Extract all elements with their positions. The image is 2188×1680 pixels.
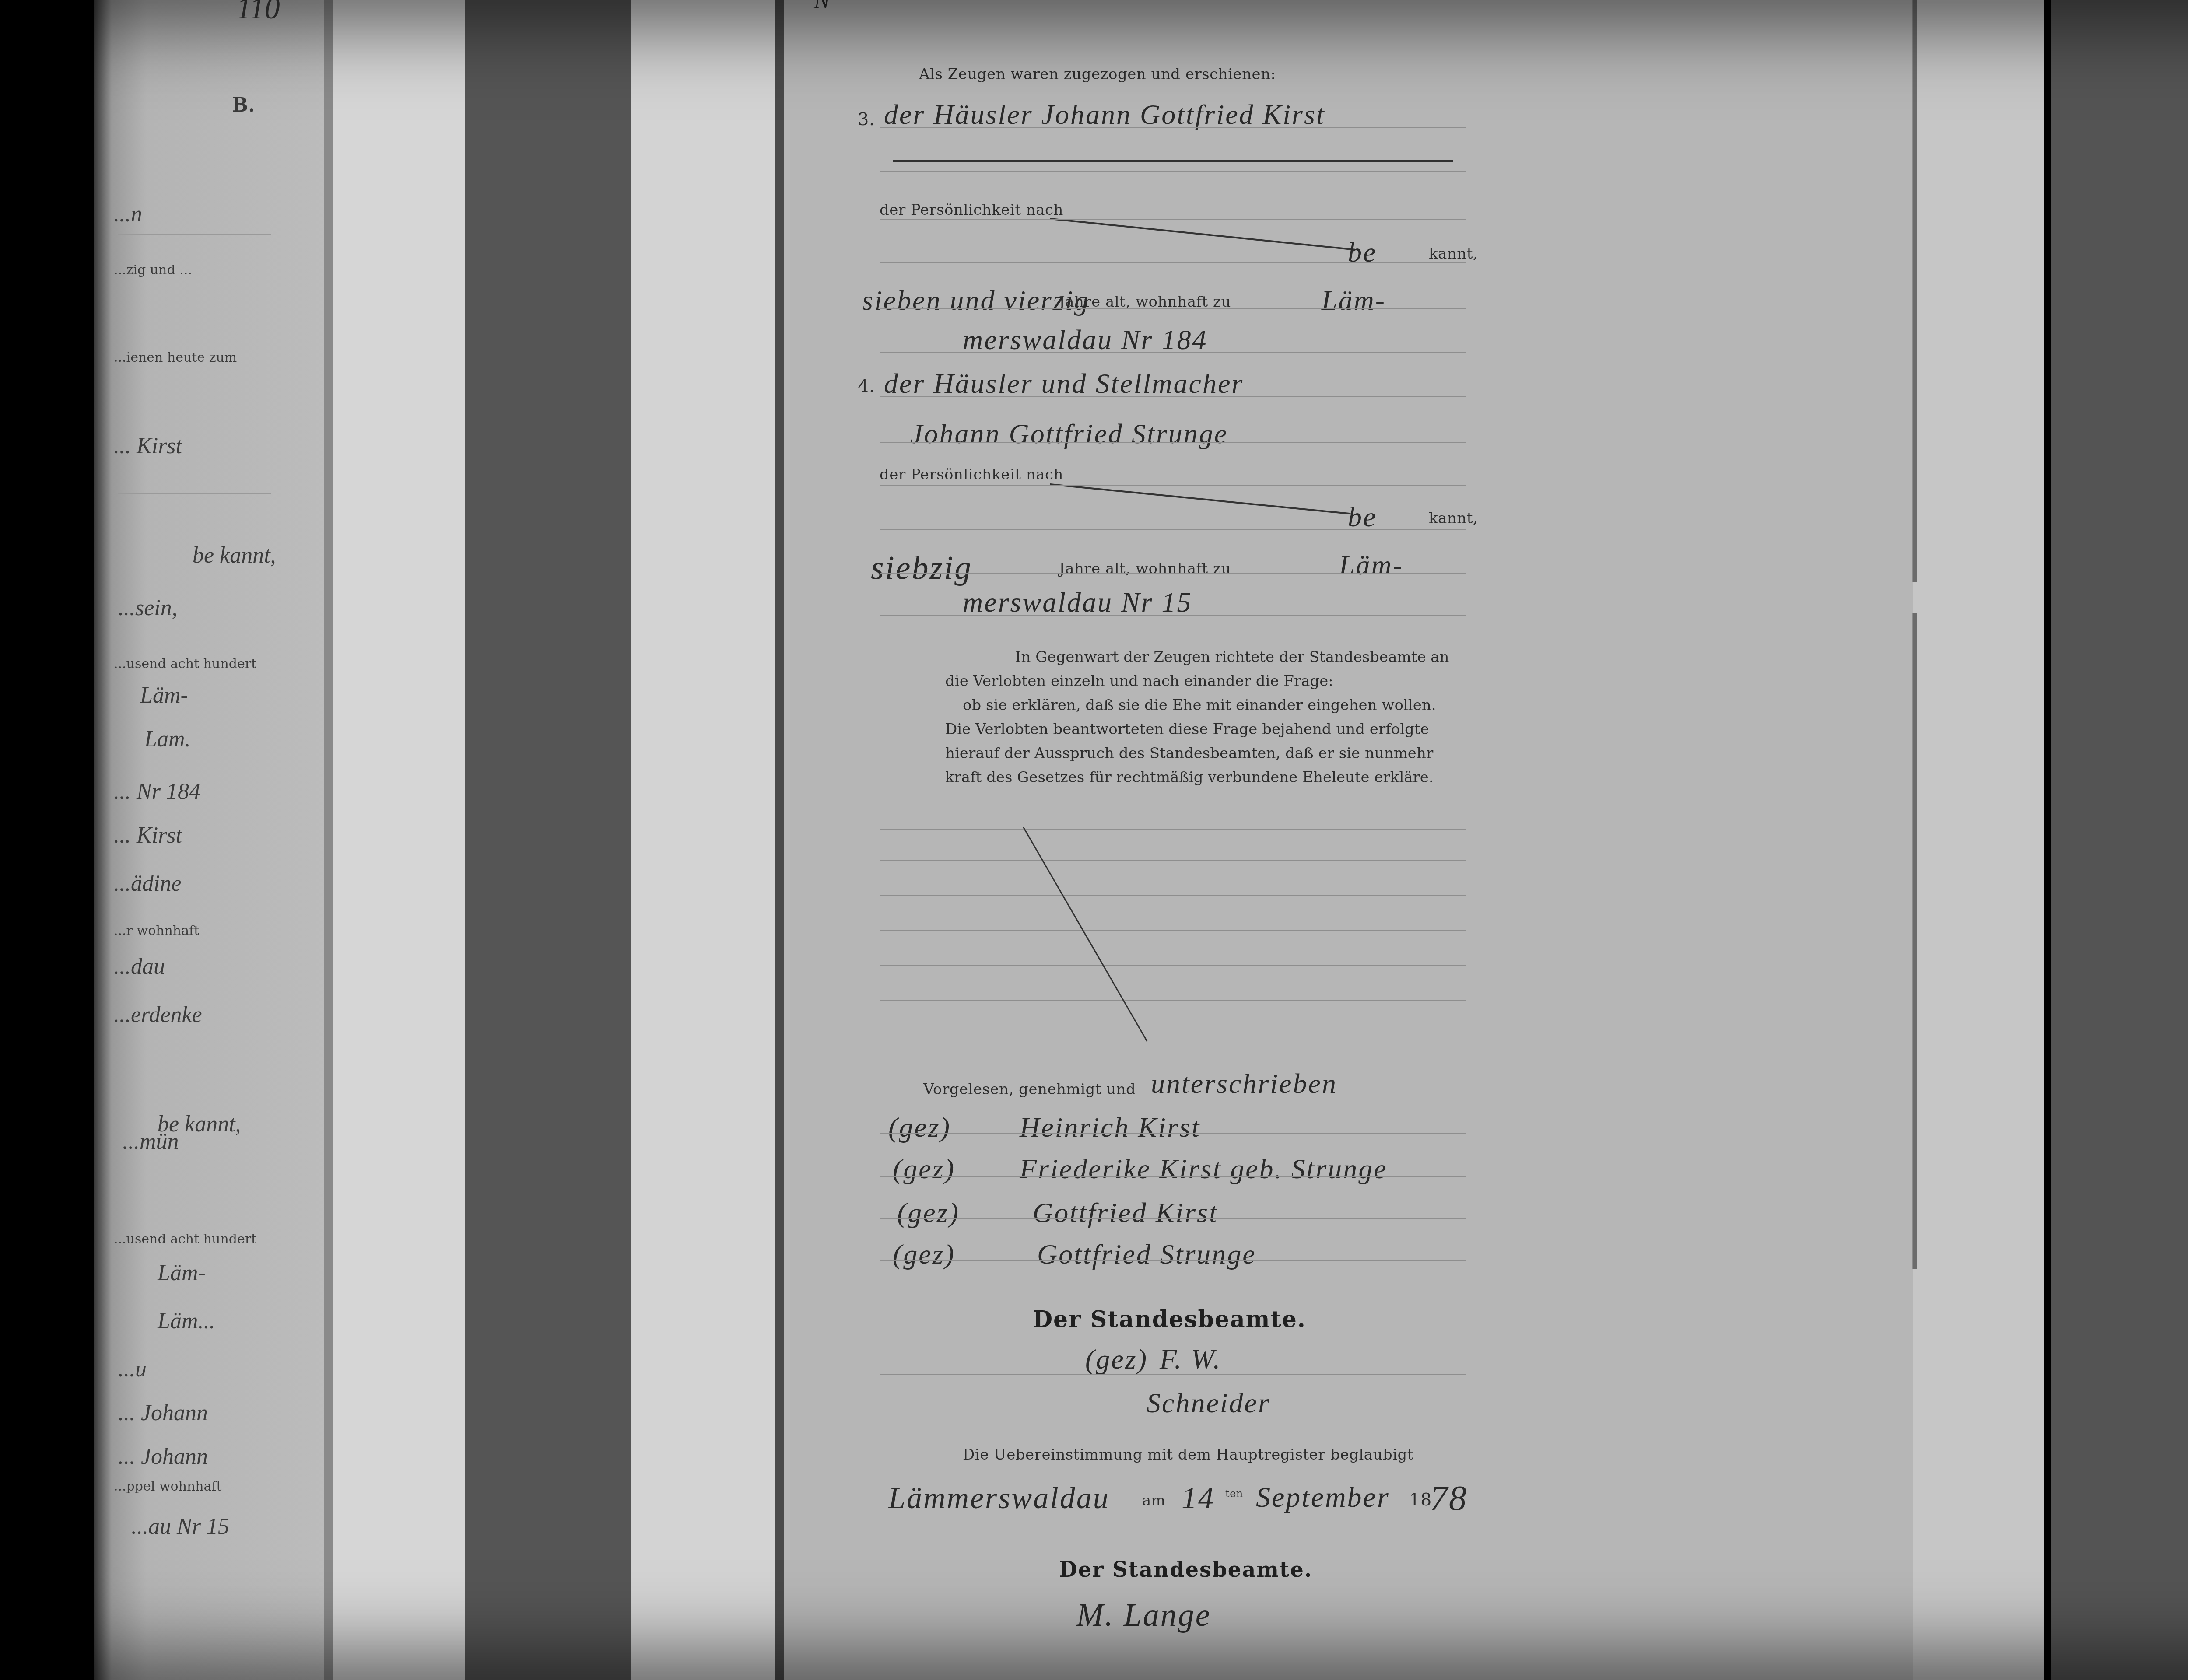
registrar-final-signature: M. Lange: [1076, 1597, 1211, 1634]
ruled-line: [880, 127, 1466, 128]
witness-3-name: der Häusler Johann Gottfried Kirst: [884, 98, 1325, 131]
left-fragment: ...dau: [114, 954, 165, 980]
registrar-title: Der Standesbeamte.: [1059, 1557, 1313, 1582]
folio-number: 110: [236, 0, 280, 26]
ruled-line: [880, 396, 1466, 397]
left-fragment: ...u: [118, 1356, 147, 1382]
identity-label: der Persönlichkeit nach: [880, 466, 1063, 483]
page-fold-line: [1912, 612, 1917, 1269]
identity-value: be: [1348, 236, 1377, 269]
certification-am: am: [1142, 1492, 1166, 1509]
left-fragment: Läm-: [140, 682, 188, 708]
left-fragment: ... Kirst: [114, 433, 182, 459]
certification-ten: ten: [1225, 1487, 1243, 1500]
witness-4-age: siebzig: [871, 549, 972, 587]
left-fragment: ...erdenke: [114, 1002, 202, 1028]
ruled-line: [880, 965, 1466, 966]
declaration-line: In Gegenwart der Zeugen richtete der Sta…: [945, 645, 1470, 669]
ruled-line: [858, 1627, 1448, 1628]
left-fragment: ...au Nr 15: [131, 1514, 229, 1540]
declaration-line: hierauf der Ausspruch des Standesbeamten…: [945, 742, 1470, 766]
ruled-line: [880, 860, 1466, 861]
left-fragment: ...n: [114, 201, 142, 227]
corner-mark: N: [814, 0, 830, 14]
section-divider: [893, 160, 1453, 162]
dark-band: [465, 0, 631, 1680]
identity-value: be: [1348, 501, 1377, 533]
signature-name: Gottfried Kirst: [1033, 1197, 1218, 1229]
signature-prefix: (gez): [893, 1153, 955, 1185]
residence-part-1: Läm-: [1322, 284, 1386, 317]
residence-part-1: Läm-: [1339, 549, 1403, 581]
left-fragment: ...ädine: [114, 871, 182, 896]
left-fragment: ...zig und ...: [114, 262, 192, 278]
ruled-line: [118, 234, 271, 235]
approval-label: Vorgelesen, genehmigt und: [923, 1081, 1136, 1098]
identity-label: der Persönlichkeit nach: [880, 201, 1063, 219]
left-fragment: ... Kirst: [114, 822, 182, 848]
ruled-line: [880, 895, 1466, 896]
age-label: Jahre alt, wohnhaft zu: [1059, 560, 1231, 577]
registrar-sig-prefix: (gez): [1085, 1343, 1148, 1375]
ruled-line: [880, 485, 1466, 486]
ruled-line: [880, 352, 1466, 353]
declaration-line: ob sie erklären, daß sie die Ehe mit ein…: [945, 693, 1470, 717]
dark-band: [2051, 0, 2188, 1680]
ruled-line: [880, 573, 1466, 574]
ruled-line: [880, 615, 1466, 616]
left-fragment: ...ienen heute zum: [114, 350, 237, 365]
declaration-line: Die Verlobten beantworteten diese Frage …: [945, 717, 1470, 742]
residence-part-2: merswaldau Nr 184: [963, 324, 1208, 356]
ruled-line: [880, 829, 1466, 830]
light-band: [1913, 0, 2044, 1680]
left-fragment: ... Johann: [118, 1400, 208, 1426]
ruled-line: [880, 1000, 1466, 1001]
main-page-edge: [775, 0, 784, 1680]
light-band: [631, 0, 775, 1680]
signature-name: Friederike Kirst geb. Strunge: [1020, 1153, 1388, 1185]
witness-number: 3.: [858, 109, 875, 129]
left-fragment: ...r wohnhaft: [114, 923, 199, 938]
registrar-sig-initials: F. W.: [1160, 1343, 1221, 1375]
witnesses-header: Als Zeugen waren zugezogen und erschiene…: [919, 66, 1276, 83]
left-fragment: Lam.: [144, 726, 190, 752]
ruled-line: [880, 1176, 1466, 1177]
page-fold-line: [1912, 0, 1917, 582]
registrar-sig-name: Schneider: [1147, 1387, 1270, 1419]
ruled-line: [880, 1374, 1466, 1375]
ruled-line: [880, 1417, 1466, 1418]
signature-prefix: (gez): [893, 1238, 955, 1270]
certification-month: September: [1256, 1481, 1390, 1514]
declaration-line: die Verlobten einzeln und nach einander …: [945, 669, 1470, 693]
left-fragment: be kannt,: [193, 542, 276, 568]
left-fragment: Läm...: [158, 1308, 215, 1334]
left-fragment: ...usend acht hundert: [114, 1232, 256, 1247]
ruled-line: [880, 308, 1466, 309]
certification-label: Die Uebereinstimmung mit dem Hauptregist…: [963, 1446, 1413, 1463]
identity-suffix: kannt,: [1429, 245, 1478, 262]
ruled-line: [880, 1092, 1466, 1092]
signature-prefix: (gez): [888, 1111, 951, 1144]
signature-prefix: (gez): [897, 1197, 960, 1229]
signature-name: Gottfried Strunge: [1037, 1238, 1256, 1270]
left-fragment: ...sein,: [118, 595, 178, 621]
age-label: Jahre alt, wohnhaft zu: [1059, 293, 1231, 311]
certification-year-suffix: 78: [1430, 1479, 1468, 1519]
light-band: [333, 0, 465, 1680]
ruled-line: [880, 529, 1466, 530]
signature-name: Heinrich Kirst: [1020, 1111, 1201, 1144]
left-fragment: ... Johann: [118, 1444, 208, 1470]
left-fragment: ... Nr 184: [114, 779, 200, 805]
declaration-paragraph: In Gegenwart der Zeugen richtete der Sta…: [945, 645, 1470, 790]
ruled-line: [880, 219, 1466, 220]
ruled-line: [880, 1260, 1466, 1261]
witness-3-age: sieben und vierzig: [862, 284, 1090, 317]
witness-number: 4.: [858, 376, 875, 396]
witness-4-name-2: Johann Gottfried Strunge: [910, 418, 1228, 450]
approval-value: unterschrieben: [1151, 1067, 1337, 1100]
left-fragment: ...mün: [123, 1129, 179, 1155]
ruled-line: [880, 1218, 1466, 1219]
ruled-line: [897, 1512, 1466, 1512]
identity-suffix: kannt,: [1429, 510, 1478, 527]
registrar-title: Der Standesbeamte.: [1033, 1306, 1306, 1333]
residence-part-2: merswaldau Nr 15: [963, 586, 1192, 619]
left-fragment: ...ppel wohnhaft: [114, 1479, 222, 1494]
certification-year-prefix: 18: [1409, 1490, 1432, 1510]
certification-day: 14: [1182, 1481, 1215, 1516]
left-fragment: Läm-: [158, 1260, 206, 1286]
ruled-line: [118, 493, 271, 494]
declaration-line: kraft des Gesetzes für rechtmäßig verbun…: [945, 766, 1470, 790]
certification-place: Lämmerswaldau: [888, 1481, 1110, 1516]
ruled-line: [880, 1133, 1466, 1134]
ruled-line: [880, 171, 1466, 171]
ruled-line: [880, 930, 1466, 931]
ruled-line: [880, 442, 1466, 443]
ruled-line: [880, 262, 1466, 263]
left-page-edge: [324, 0, 333, 1680]
left-fragment: ...usend acht hundert: [114, 656, 256, 672]
section-letter: B.: [232, 94, 255, 116]
witness-4-name-1: der Häusler und Stellmacher: [884, 367, 1244, 400]
